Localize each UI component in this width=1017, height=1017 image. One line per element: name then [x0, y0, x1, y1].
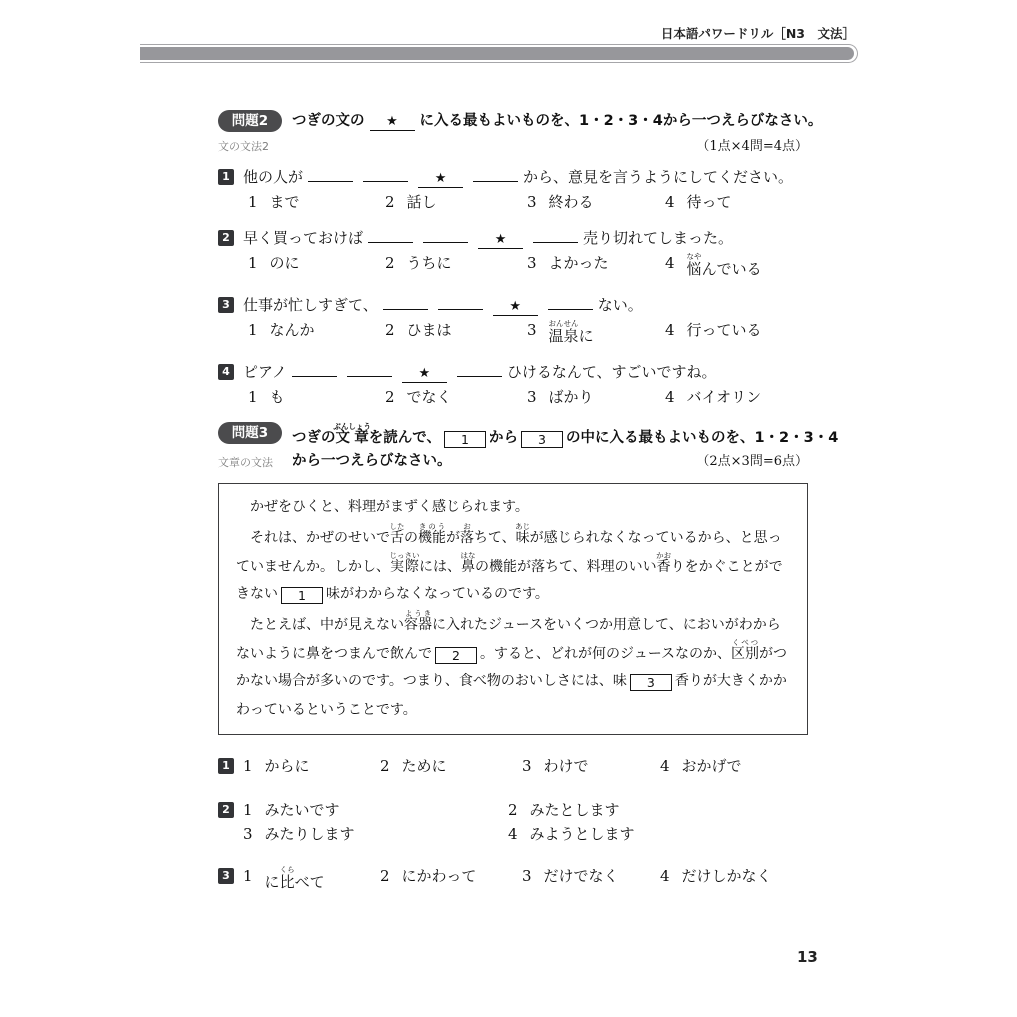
- question-stem: 仕事が忙しすぎて、★ない。: [243, 294, 643, 316]
- numbered-gap-box: 3: [630, 674, 672, 691]
- p3-answer-2: 2 1みたいです 2みたとします 3みたりします 4みようとします: [218, 799, 808, 845]
- problem2-points: （1点×4問=4点）: [696, 139, 808, 154]
- choice-text: だけしかなく: [682, 865, 772, 893]
- choice-text: 悩なやんでいる: [687, 252, 762, 280]
- choice-4: 4待って: [665, 191, 732, 213]
- p3-answer-1: 1 1からに 2ために 3わけで 4おかげで: [218, 755, 808, 777]
- choice-4: 4おかげで: [660, 755, 742, 777]
- choice-text: みたとします: [530, 799, 620, 821]
- question-stem: 他の人が★から、意見を言うようにしてください。: [243, 166, 793, 188]
- passage-line: ないように鼻をつまんで飲んで2。すると、どれが何のジュースなのか、区別くべつがつ: [236, 638, 790, 667]
- choice-number: 2: [380, 755, 390, 777]
- question-number-badge: 4: [218, 364, 234, 380]
- running-head-title: 日本語パワードリル［N3 文法］: [661, 24, 855, 42]
- choice-2: 2ために: [380, 755, 522, 777]
- choice-number: 4: [508, 823, 518, 845]
- choice-1: 1からに: [243, 755, 380, 777]
- page-number: 13: [797, 948, 818, 966]
- choice-text: まで: [270, 191, 300, 213]
- choice-number: 3: [527, 319, 537, 347]
- choice-number: 1: [243, 755, 253, 777]
- passage-line: かない場合が多いのです。つまり、食べ物のおいしさには、味3香りが大きくかか: [236, 667, 790, 696]
- question-stem: 早く買っておけば★売り切れてしまった。: [243, 227, 733, 249]
- choice-number: 1: [243, 799, 253, 821]
- problem3-points: （2点×3問=6点）: [696, 450, 808, 469]
- choice-text: みたりします: [265, 823, 355, 845]
- choice-text: うちに: [407, 252, 452, 280]
- blank-underline: [423, 241, 468, 243]
- choice-text: 終わる: [549, 191, 594, 213]
- reading-passage-box: かぜをひくと、料理がまずく感じられます。 それは、かぜのせいで舌したの機能きのう…: [218, 483, 808, 735]
- choice-1: 1に比くらべて: [243, 865, 380, 893]
- choice-text: からに: [265, 755, 310, 777]
- choice-1: 1なんか: [248, 319, 385, 347]
- choice-number: 2: [508, 799, 518, 821]
- choice-text: も: [270, 386, 285, 408]
- p3-answer-3: 3 1に比くらべて 2にかわって 3だけでなく 4だけしかなく: [218, 865, 808, 893]
- choice-number: 3: [243, 823, 253, 845]
- choice-4: 4バイオリン: [665, 386, 761, 408]
- choice-number: 1: [248, 386, 258, 408]
- choice-3: 3ばかり: [527, 386, 665, 408]
- blank-underline: [473, 180, 518, 182]
- choice-text: ひまは: [407, 319, 452, 347]
- choice-3: 3わけで: [522, 755, 660, 777]
- choices-row: 1みたいです 2みたとします: [243, 799, 773, 821]
- choice-3: 3よかった: [527, 252, 665, 280]
- header-rule-bar: [140, 44, 858, 63]
- choice-number: 3: [522, 755, 532, 777]
- choice-number: 4: [665, 191, 675, 213]
- blank-underline: [292, 375, 337, 377]
- choice-number: 4: [665, 252, 675, 280]
- choice-text: 話し: [407, 191, 437, 213]
- choice-number: 1: [248, 319, 258, 347]
- blank-underline: [383, 308, 428, 310]
- choice-text: みようとします: [530, 823, 635, 845]
- problem3-header: 問題3 文章の文法 つぎの文章ぶんしょうを読んで、1から3の中に入る最もよいもの…: [218, 422, 808, 473]
- choice-4: 4行っている: [665, 319, 762, 347]
- choice-1: 1も: [248, 386, 385, 408]
- problem3-sublabel: 文章の文法: [218, 454, 273, 470]
- choice-number: 3: [522, 865, 532, 893]
- passage-line: わっているということです。: [236, 696, 790, 725]
- choice-2: 2うちに: [385, 252, 527, 280]
- problem2-instruction-column: つぎの文の★に入る最もよいものを、1・2・3・4から一つえらびなさい。 （1点×…: [292, 110, 808, 154]
- question-number-badge: 2: [218, 802, 234, 818]
- problem2-header: 問題2 文の文法2 つぎの文の★に入る最もよいものを、1・2・3・4から一つえら…: [218, 110, 808, 154]
- choice-number: 3: [527, 252, 537, 280]
- choices-row: 1まで 2話し 3終わる 4待って: [248, 191, 808, 213]
- choice-number: 3: [527, 386, 537, 408]
- blank-underline: [457, 375, 502, 377]
- passage-line: きない1味がわからなくなっているのです。: [236, 580, 790, 609]
- blank-underline: [347, 375, 392, 377]
- problem2-points-line: （1点×4問=4点）: [292, 135, 808, 154]
- question-number-badge: 1: [218, 758, 234, 774]
- problem3-instruction-column: つぎの文章ぶんしょうを読んで、1から3の中に入る最もよいものを、1・2・3・4 …: [292, 422, 808, 473]
- choice-number: 1: [248, 252, 258, 280]
- numbered-gap-box: 1: [444, 431, 486, 448]
- numbered-gap-box: 2: [435, 647, 477, 664]
- choices-row: 1も 2でなく 3ばかり 4バイオリン: [248, 386, 808, 408]
- choice-text: だけでなく: [544, 865, 619, 893]
- choice-4: 4だけしかなく: [660, 865, 772, 893]
- choice-number: 4: [665, 386, 675, 408]
- star-blank: ★: [418, 170, 463, 188]
- choice-number: 1: [248, 191, 258, 213]
- choice-number: 4: [665, 319, 675, 347]
- choice-text: 行っている: [687, 319, 762, 347]
- star-blank: ★: [493, 298, 538, 316]
- choice-number: 2: [385, 319, 395, 347]
- choice-2: 2ひまは: [385, 319, 527, 347]
- blank-underline: [438, 308, 483, 310]
- choice-text: みたいです: [265, 799, 340, 821]
- problem3-badge-column: 問題3 文章の文法: [218, 422, 292, 473]
- choice-text: のに: [270, 252, 300, 280]
- choice-number: 2: [385, 191, 395, 213]
- star-blank: ★: [370, 113, 415, 131]
- choice-3: 3終わる: [527, 191, 665, 213]
- problem3-instruction-line2: から一つえらびなさい。: [292, 450, 452, 473]
- choices-row: 3みたりします 4みようとします: [243, 823, 808, 845]
- problem3-badge: 問題3: [218, 422, 282, 444]
- choice-text: ために: [402, 755, 447, 777]
- passage-line: たとえば、中が見えない容器ようきに入れたジュースをいくつか用意して、においがわか…: [236, 609, 790, 638]
- blank-underline: [368, 241, 413, 243]
- problem3-instruction-line1: つぎの文章ぶんしょうを読んで、1から3の中に入る最もよいものを、1・2・3・4: [292, 422, 808, 450]
- choice-2: 2話し: [385, 191, 527, 213]
- problem2-badge: 問題2: [218, 110, 282, 132]
- choice-3: 3温泉おんせんに: [527, 319, 665, 347]
- problem2-sublabel: 文の文法2: [218, 138, 269, 154]
- choices-row: 1からに 2ために 3わけで 4おかげで: [243, 755, 742, 777]
- question-number-badge: 3: [218, 297, 234, 313]
- choice-1: 1のに: [248, 252, 385, 280]
- star-blank: ★: [402, 365, 447, 383]
- p2-question-4: 4 ピアノ★ひけるなんて、すごいですね。 1も 2でなく 3ばかり 4バイオリン: [218, 361, 808, 408]
- problem2-instruction: つぎの文の★に入る最もよいものを、1・2・3・4から一つえらびなさい。: [292, 110, 808, 133]
- passage-line: ていませんか。しかし、実際じっさいには、鼻はなの機能が落ちて、料理のいい香かおり…: [236, 551, 790, 580]
- p2-question-1: 1 他の人が★から、意見を言うようにしてください。 1まで 2話し 3終わる 4…: [218, 166, 808, 213]
- problem3-section: 問題3 文章の文法 つぎの文章ぶんしょうを読んで、1から3の中に入る最もよいもの…: [218, 422, 808, 893]
- choice-text: にかわって: [402, 865, 477, 893]
- passage-line: それは、かぜのせいで舌したの機能きのうが落おちて、味あじが感じられなくなっている…: [236, 522, 790, 551]
- p2-question-3: 3 仕事が忙しすぎて、★ない。 1なんか 2ひまは 3温泉おんせんに 4行ってい…: [218, 294, 808, 347]
- question-stem: ピアノ★ひけるなんて、すごいですね。: [243, 361, 717, 383]
- header-rule-bar-fill: [140, 47, 854, 60]
- problem3-instruction-line2-row: から一つえらびなさい。 （2点×3問=6点）: [292, 450, 808, 473]
- choice-3: 3みたりします: [243, 823, 508, 845]
- choice-text: 温泉おんせんに: [549, 319, 594, 347]
- choice-text: 待って: [687, 191, 732, 213]
- star-blank: ★: [478, 231, 523, 249]
- page-content: 問題2 文の文法2 つぎの文の★に入る最もよいものを、1・2・3・4から一つえら…: [218, 110, 808, 893]
- choice-4: 4悩なやんでいる: [665, 252, 762, 280]
- choices-row: 1に比くらべて 2にかわって 3だけでなく 4だけしかなく: [243, 865, 772, 893]
- question-number-badge: 3: [218, 868, 234, 884]
- choice-text: でなく: [407, 386, 452, 408]
- choice-number: 4: [660, 755, 670, 777]
- choice-number: 2: [385, 252, 395, 280]
- choice-text: ばかり: [549, 386, 594, 408]
- choices-row: 1のに 2うちに 3よかった 4悩なやんでいる: [248, 252, 808, 280]
- choice-text: バイオリン: [687, 386, 762, 408]
- blank-underline: [308, 180, 353, 182]
- numbered-gap-box: 3: [521, 431, 563, 448]
- question-number-badge: 1: [218, 169, 234, 185]
- blank-underline: [363, 180, 408, 182]
- choice-text: おかげで: [682, 755, 742, 777]
- blank-underline: [533, 241, 578, 243]
- question-number-badge: 2: [218, 230, 234, 246]
- choice-text: に比くらべて: [265, 865, 325, 893]
- choice-1: 1みたいです: [243, 799, 508, 821]
- passage-line: かぜをひくと、料理がまずく感じられます。: [236, 493, 790, 522]
- choice-text: わけで: [544, 755, 589, 777]
- choice-number: 3: [527, 191, 537, 213]
- problem2-section: 問題2 文の文法2 つぎの文の★に入る最もよいものを、1・2・3・4から一つえら…: [218, 110, 808, 408]
- choices-row: 1なんか 2ひまは 3温泉おんせんに 4行っている: [248, 319, 808, 347]
- choice-2: 2にかわって: [380, 865, 522, 893]
- choice-1: 1まで: [248, 191, 385, 213]
- choice-text: よかった: [549, 252, 609, 280]
- choice-number: 4: [660, 865, 670, 893]
- p2-question-2: 2 早く買っておけば★売り切れてしまった。 1のに 2うちに 3よかった 4悩な…: [218, 227, 808, 280]
- choice-number: 2: [380, 865, 390, 893]
- choice-2: 2でなく: [385, 386, 527, 408]
- choice-4: 4みようとします: [508, 823, 773, 845]
- choice-number: 1: [243, 865, 253, 893]
- choice-text: なんか: [270, 319, 315, 347]
- choice-3: 3だけでなく: [522, 865, 660, 893]
- choice-2: 2みたとします: [508, 799, 773, 821]
- problem2-badge-column: 問題2 文の文法2: [218, 110, 292, 154]
- blank-underline: [548, 308, 593, 310]
- choice-number: 2: [385, 386, 395, 408]
- numbered-gap-box: 1: [281, 587, 323, 604]
